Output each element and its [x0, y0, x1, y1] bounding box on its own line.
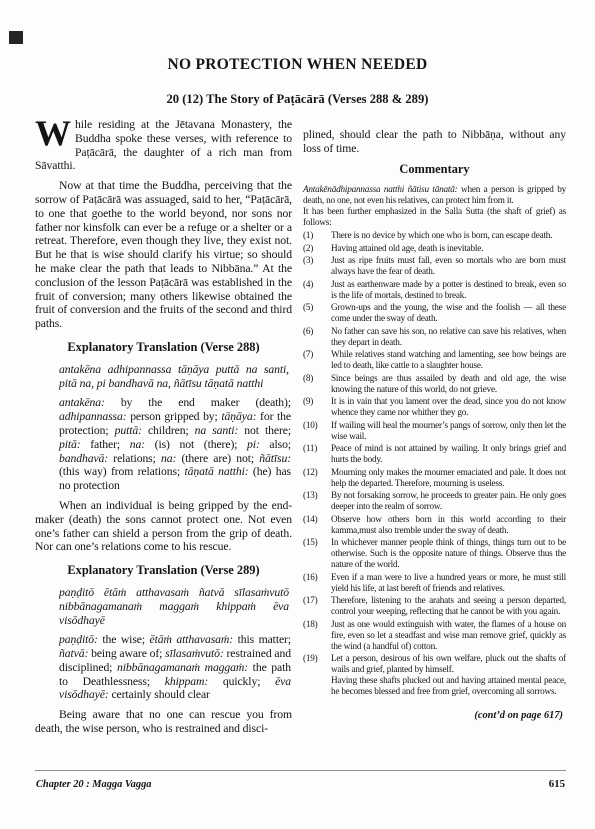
commentary-item-text-cont: Having these shafts plucked out and havi…: [331, 675, 566, 697]
continued-note: (cont’d on page 617): [303, 710, 566, 721]
pali-term: na:: [130, 438, 145, 451]
commentary-item-text: Observe how others born in this world ac…: [331, 514, 566, 536]
pali-term: pi:: [247, 438, 260, 451]
commentary-item-number: (13): [303, 490, 331, 512]
pali-term: tāṇāya:: [221, 410, 256, 423]
commentary-item-number: (18): [303, 619, 331, 652]
commentary-item: (14)Observe how others born in this worl…: [303, 514, 566, 536]
commentary-item-text: Peace of mind is not attained by wailing…: [331, 443, 566, 465]
commentary-item: (11)Peace of mind is not attained by wai…: [303, 443, 566, 465]
commentary-item: (6)No father can save his son, no relati…: [303, 326, 566, 348]
commentary-item: (8)Since beings are thus assailed by dea…: [303, 373, 566, 395]
pali-term: khippam:: [165, 675, 208, 688]
commentary-item: (3)Just as ripe fruits must fall, even s…: [303, 255, 566, 277]
drop-cap: W: [35, 118, 75, 146]
page-title: NO PROTECTION WHEN NEEDED: [0, 56, 595, 74]
pali-term: paṇḍitō:: [59, 633, 98, 646]
commentary-item-number: (10): [303, 420, 331, 442]
pali-verse-289: paṇḍitō ētāṁ atthavasaṁ ñatvā sīlasaṁvut…: [59, 586, 289, 627]
commentary-item-number: (8): [303, 373, 331, 395]
book-page: NO PROTECTION WHEN NEEDED 20 (12) The St…: [0, 0, 595, 829]
commentary-item: (15)In whichever manner people think of …: [303, 537, 566, 570]
commentary-item-number: (16): [303, 572, 331, 594]
commentary-item-number: (9): [303, 396, 331, 418]
commentary-item: (18)Just as one would extinguish with wa…: [303, 619, 566, 652]
pali-verse-288: antakēna adhipannassa tāṇāya puttā na sa…: [59, 363, 289, 391]
pali-phrase: Antakēnādhipannassa natthi ñātisu tānatā…: [303, 184, 458, 194]
commentary-item-number: (7): [303, 349, 331, 371]
right-column: plined, should clear the path to Nibbāṇa…: [303, 128, 566, 721]
commentary-item-number: (12): [303, 467, 331, 489]
commentary-item-text: There is no device by which one who is b…: [331, 230, 566, 241]
commentary-list: (1)There is no device by which one who i…: [303, 230, 566, 697]
commentary-item: (10)If wailing will heal the mourner’s p…: [303, 420, 566, 442]
translation-paragraph-289: Being aware that no one can rescue you f…: [35, 708, 292, 736]
commentary-item-text: Since beings are thus assailed by death …: [331, 373, 566, 395]
commentary-item-text: No father can save his son, no relative …: [331, 326, 566, 348]
pali-term: ñātīsu:: [259, 452, 291, 465]
commentary-item-text: It is in vain that you lament over the d…: [331, 396, 566, 418]
commentary-item-number: (15): [303, 537, 331, 570]
commentary-item-text: Having attained old age, death is inevit…: [331, 243, 566, 254]
commentary-intro-2: It has been further emphasized in the Sa…: [303, 206, 566, 228]
commentary-item: (13)By not forsaking sorrow, he proceeds…: [303, 490, 566, 512]
pali-term: ñatvā:: [59, 647, 88, 660]
commentary-item-text: Let a person, desirous of his own welfar…: [331, 653, 566, 675]
pali-term: adhipannassa:: [59, 410, 127, 423]
commentary-heading: Commentary: [303, 162, 566, 177]
commentary-item-text: While relatives stand watching and lamen…: [331, 349, 566, 371]
commentary-item-number: (14): [303, 514, 331, 536]
commentary-item-text: Mourning only makes the mourner emaciate…: [331, 467, 566, 489]
scan-artifact-mark: [9, 31, 23, 44]
commentary-item-text: Therefore, listening to the arahats and …: [331, 595, 566, 617]
pali-term: antakēna:: [59, 396, 105, 409]
footer-rule: [35, 770, 566, 771]
pali-term: puttā:: [115, 424, 142, 437]
commentary-item-number: (2): [303, 243, 331, 254]
story-paragraph: Now at that time the Buddha, perceiving …: [35, 179, 292, 331]
commentary-item-text: By not forsaking sorrow, he proceeds to …: [331, 490, 566, 512]
commentary-item: (1)There is no device by which one who i…: [303, 230, 566, 241]
commentary-item-text: Just as one would extinguish with water,…: [331, 619, 566, 652]
commentary-item-text: Grown-ups and the young, the wise and th…: [331, 302, 566, 324]
commentary-item-text: Just as earthenware made by a potter is …: [331, 279, 566, 301]
page-number: 615: [549, 778, 565, 790]
commentary-intro: Antakēnādhipannassa natthi ñātisu tānatā…: [303, 184, 566, 206]
pali-term: tāṇatā natthi:: [184, 465, 248, 478]
pali-term: na:: [161, 452, 176, 465]
chapter-footer: Chapter 20 : Magga Vagga: [36, 779, 151, 790]
commentary-item-number: (6): [303, 326, 331, 348]
commentary-item-text: If wailing will heal the mourner’s pangs…: [331, 420, 566, 442]
explanatory-heading-288: Explanatory Translation (Verse 288): [35, 341, 292, 355]
commentary-item: (12)Mourning only makes the mourner emac…: [303, 467, 566, 489]
pali-term: bandhavā:: [59, 452, 108, 465]
commentary-item-number: (3): [303, 255, 331, 277]
story-subtitle: 20 (12) The Story of Paṭācārā (Verses 28…: [0, 92, 595, 107]
commentary-item: (7)While relatives stand watching and la…: [303, 349, 566, 371]
commentary-item: (2)Having attained old age, death is ine…: [303, 243, 566, 254]
pali-term: pitā:: [59, 438, 81, 451]
intro-paragraph: While residing at the Jētavana Monastery…: [35, 118, 292, 173]
translation-continuation: plined, should clear the path to Nibbāṇa…: [303, 128, 566, 156]
word-gloss-289: paṇḍitō: the wise; ētāṁ atthavasaṁ: this…: [59, 633, 291, 702]
commentary-item-text: In whichever manner people think of thin…: [331, 537, 566, 570]
commentary-item-text: Just as ripe fruits must fall, even so m…: [331, 255, 566, 277]
pali-term: na santi:: [195, 424, 239, 437]
commentary-item: (4)Just as earthenware made by a potter …: [303, 279, 566, 301]
explanatory-heading-289: Explanatory Translation (Verse 289): [35, 564, 292, 578]
left-column: While residing at the Jētavana Monastery…: [35, 118, 292, 742]
pali-term: nibbānagamanaṁ maggaṁ:: [117, 661, 248, 674]
commentary-item: (17)Therefore, listening to the arahats …: [303, 595, 566, 617]
pali-term: sīlasaṁvutō:: [165, 647, 224, 660]
commentary-item-number: (17): [303, 595, 331, 617]
translation-paragraph-288: When an individual is being gripped by t…: [35, 499, 292, 554]
word-gloss-288: antakēna: by the end maker (death); adhi…: [59, 396, 291, 493]
commentary-item-text: Even if a man were to live a hundred yea…: [331, 572, 566, 594]
commentary-item-number: (19): [303, 653, 331, 675]
commentary-item-number: (1): [303, 230, 331, 241]
commentary-item: (5)Grown-ups and the young, the wise and…: [303, 302, 566, 324]
commentary-item: (16)Even if a man were to live a hundred…: [303, 572, 566, 594]
commentary-item: (9)It is in vain that you lament over th…: [303, 396, 566, 418]
commentary-item-number: (5): [303, 302, 331, 324]
pali-term: ētāṁ atthavasaṁ:: [150, 633, 234, 646]
commentary-item-number: (11): [303, 443, 331, 465]
commentary-item-number: (4): [303, 279, 331, 301]
commentary-item: (19)Let a person, desirous of his own we…: [303, 653, 566, 697]
